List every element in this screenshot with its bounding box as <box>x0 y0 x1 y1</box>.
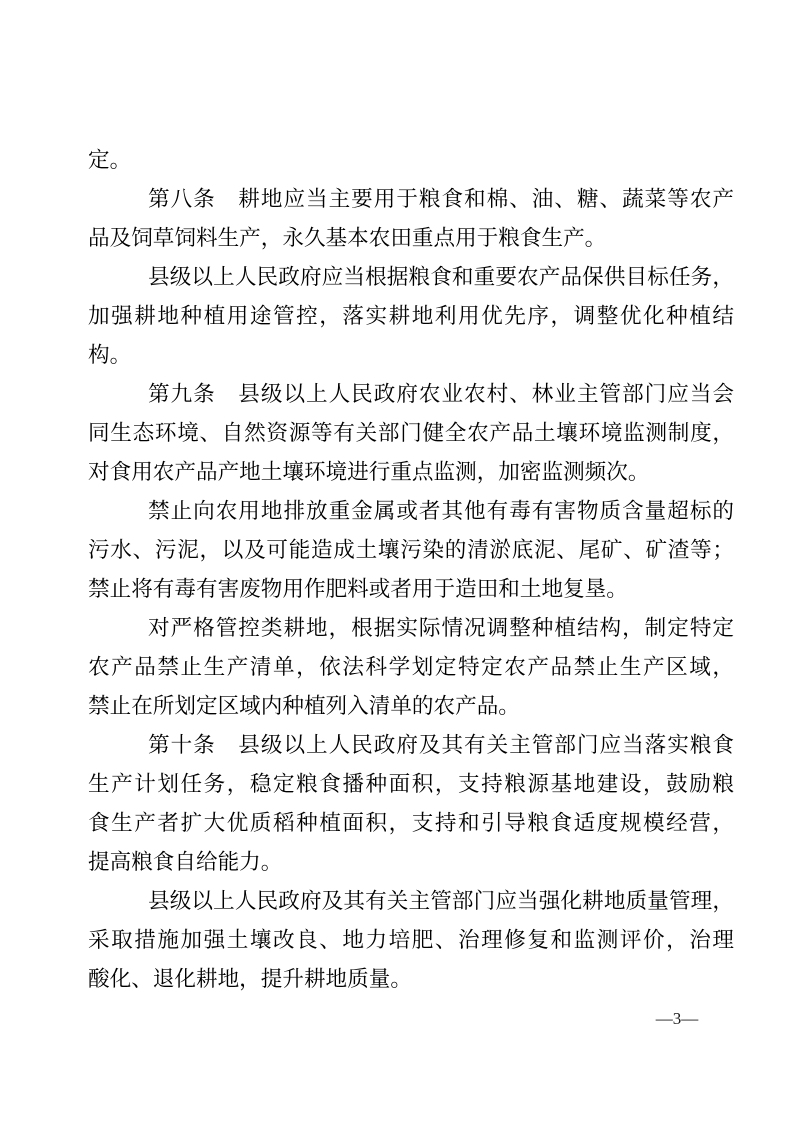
text-line: 第八条 耕地应当主要用于粮食和棉、油、糖、蔬菜等农产 <box>88 180 734 219</box>
page-number: —3— <box>577 1006 777 1032</box>
text-line: 品及饲草饲料生产，永久基本农田重点用于粮食生产。 <box>88 219 734 258</box>
text-line: 对食用农产品产地土壤环境进行重点监测，加密监测频次。 <box>88 453 734 492</box>
paragraph: 禁止向农用地排放重金属或者其他有毒有害物质含量超标的污水、污泥，以及可能造成土壤… <box>88 492 734 609</box>
text-line: 生产计划任务，稳定粮食播种面积，支持粮源基地建设，鼓励粮 <box>88 765 734 804</box>
text-line: 食生产者扩大优质稻种植面积，支持和引导粮食适度规模经营， <box>88 804 734 843</box>
text-line: 加强耕地种植用途管控，落实耕地利用优先序，调整优化种植结 <box>88 297 734 336</box>
text-line: 第十条 县级以上人民政府及其有关主管部门应当落实粮食 <box>88 726 734 765</box>
text-line: 定。 <box>88 141 734 180</box>
text-line: 污水、污泥，以及可能造成土壤污染的清淤底泥、尾矿、矿渣等； <box>88 531 734 570</box>
text-line: 禁止向农用地排放重金属或者其他有毒有害物质含量超标的 <box>88 492 734 531</box>
document-page: 定。第八条 耕地应当主要用于粮食和棉、油、糖、蔬菜等农产品及饲草饲料生产，永久基… <box>0 0 800 1132</box>
text-line: 构。 <box>88 336 734 375</box>
paragraph: 第八条 耕地应当主要用于粮食和棉、油、糖、蔬菜等农产品及饲草饲料生产，永久基本农… <box>88 180 734 258</box>
paragraph: 第九条 县级以上人民政府农业农村、林业主管部门应当会同生态环境、自然资源等有关部… <box>88 375 734 492</box>
paragraph: 定。 <box>88 141 734 180</box>
text-line: 县级以上人民政府应当根据粮食和重要农产品保供目标任务， <box>88 258 734 297</box>
text-line: 第九条 县级以上人民政府农业农村、林业主管部门应当会 <box>88 375 734 414</box>
text-line: 采取措施加强土壤改良、地力培肥、治理修复和监测评价，治理 <box>88 921 734 960</box>
text-line: 农产品禁止生产清单，依法科学划定特定农产品禁止生产区域， <box>88 648 734 687</box>
text-line: 同生态环境、自然资源等有关部门健全农产品土壤环境监测制度， <box>88 414 734 453</box>
document-body: 定。第八条 耕地应当主要用于粮食和棉、油、糖、蔬菜等农产品及饲草饲料生产，永久基… <box>88 141 734 999</box>
paragraph: 第十条 县级以上人民政府及其有关主管部门应当落实粮食生产计划任务，稳定粮食播种面… <box>88 726 734 882</box>
text-line: 酸化、退化耕地，提升耕地质量。 <box>88 960 734 999</box>
text-line: 禁止将有毒有害废物用作肥料或者用于造田和土地复垦。 <box>88 570 734 609</box>
paragraph: 县级以上人民政府应当根据粮食和重要农产品保供目标任务，加强耕地种植用途管控，落实… <box>88 258 734 375</box>
paragraph: 县级以上人民政府及其有关主管部门应当强化耕地质量管理，采取措施加强土壤改良、地力… <box>88 882 734 999</box>
text-line: 县级以上人民政府及其有关主管部门应当强化耕地质量管理， <box>88 882 734 921</box>
text-line: 提高粮食自给能力。 <box>88 843 734 882</box>
text-line: 对严格管控类耕地，根据实际情况调整种植结构，制定特定 <box>88 609 734 648</box>
paragraph: 对严格管控类耕地，根据实际情况调整种植结构，制定特定农产品禁止生产清单，依法科学… <box>88 609 734 726</box>
text-line: 禁止在所划定区域内种植列入清单的农产品。 <box>88 687 734 726</box>
